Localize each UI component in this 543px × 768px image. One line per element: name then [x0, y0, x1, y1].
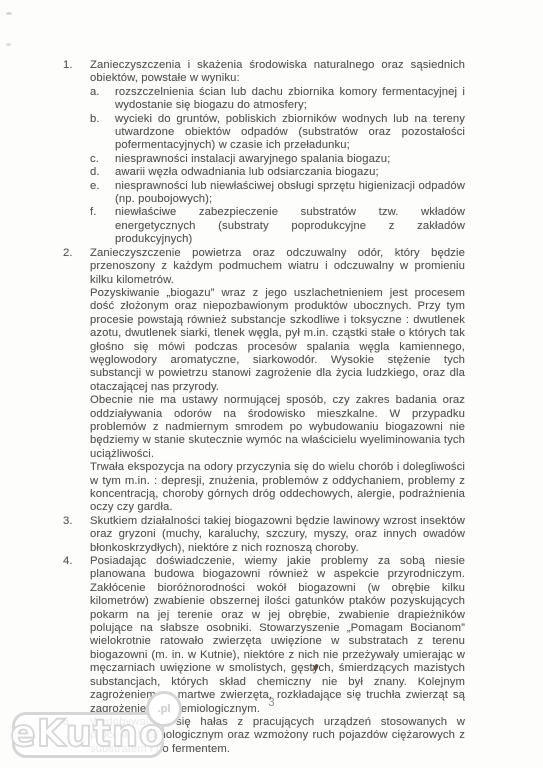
sub-list-item: c. niesprawności instalacji awaryjnego s…: [90, 153, 465, 166]
sub-list-item: e. niesprawności lub niewłaściwej obsług…: [90, 180, 465, 207]
item-number: 1.: [63, 59, 90, 72]
sub-item-letter: d.: [90, 166, 115, 179]
item-paragraph: Pozyskiwanie „biogazu” wraz z jego uszla…: [90, 287, 465, 394]
sub-list-item: b. wycieki do gruntów, pobliskich zbiorn…: [90, 113, 465, 153]
scan-artifact: [6, 12, 12, 15]
sub-item-letter: a.: [90, 86, 115, 99]
watermark-frame: eKutno: [12, 712, 164, 758]
sub-item-letter: c.: [90, 153, 115, 166]
sub-item-text: awarii węzła odwadniania lub odsiarczani…: [115, 166, 465, 179]
sub-list-item: d. awarii węzła odwadniania lub odsiarcz…: [90, 166, 465, 179]
item-paragraph: Obecnie nie ma ustawy normującej sposób,…: [90, 394, 465, 461]
item-paragraph: Zanieczyszczenie powietrza oraz odczuwal…: [90, 247, 465, 287]
sub-item-text: niesprawności lub niewłaściwej obsługi s…: [115, 180, 465, 207]
item-number: 4.: [63, 555, 90, 568]
item-number: 2.: [63, 247, 90, 260]
item-paragraph: Trwała ekspozycja na odory przyczynia si…: [90, 461, 465, 515]
list-item: 3. Skutkiem działalności takiej biogazow…: [63, 515, 465, 555]
ekutno-watermark: eKutno .pl: [10, 690, 182, 762]
watermark-tld-badge: .pl: [146, 691, 182, 727]
scan-artifact: [352, 696, 355, 698]
list-item: 1. Zanieczyszczenia i skażenia środowisk…: [63, 59, 465, 247]
sub-list-item: f. niewłaściwe zabezpieczenie substratów…: [90, 206, 465, 246]
sub-item-text: niesprawności instalacji awaryjnego spal…: [115, 153, 465, 166]
item-body: Zanieczyszczenie powietrza oraz odczuwal…: [90, 247, 465, 515]
sub-list-item: a. rozszczelnienia ścian lub dachu zbior…: [90, 86, 465, 113]
sub-item-letter: f.: [90, 206, 115, 219]
sub-item-letter: b.: [90, 113, 115, 126]
scanned-document-page: 1. Zanieczyszczenia i skażenia środowisk…: [0, 0, 543, 768]
sub-item-text: rozszczelnienia ścian lub dachu zbiornik…: [115, 86, 465, 113]
sub-item-text: niewłaściwe zabezpieczenie substratów tz…: [115, 206, 465, 246]
item-paragraph: Skutkiem działalności takiej biogazowni …: [90, 515, 465, 555]
sub-item-text: wycieki do gruntów, pobliskich zbiornikó…: [115, 113, 465, 153]
item-body: Zanieczyszczenia i skażenia środowiska n…: [90, 59, 465, 247]
document-body: 1. Zanieczyszczenia i skażenia środowisk…: [63, 59, 465, 756]
item-intro: Zanieczyszczenia i skażenia środowiska n…: [90, 59, 465, 86]
item-number: 3.: [63, 515, 90, 528]
watermark-logo-text: eKutno: [11, 715, 166, 755]
sub-item-letter: e.: [90, 180, 115, 193]
scan-artifact: [6, 43, 11, 46]
watermark-tld-text: .pl: [158, 703, 171, 715]
list-item: 2. Zanieczyszczenie powietrza oraz odczu…: [63, 247, 465, 515]
item-body: Skutkiem działalności takiej biogazowni …: [90, 515, 465, 555]
